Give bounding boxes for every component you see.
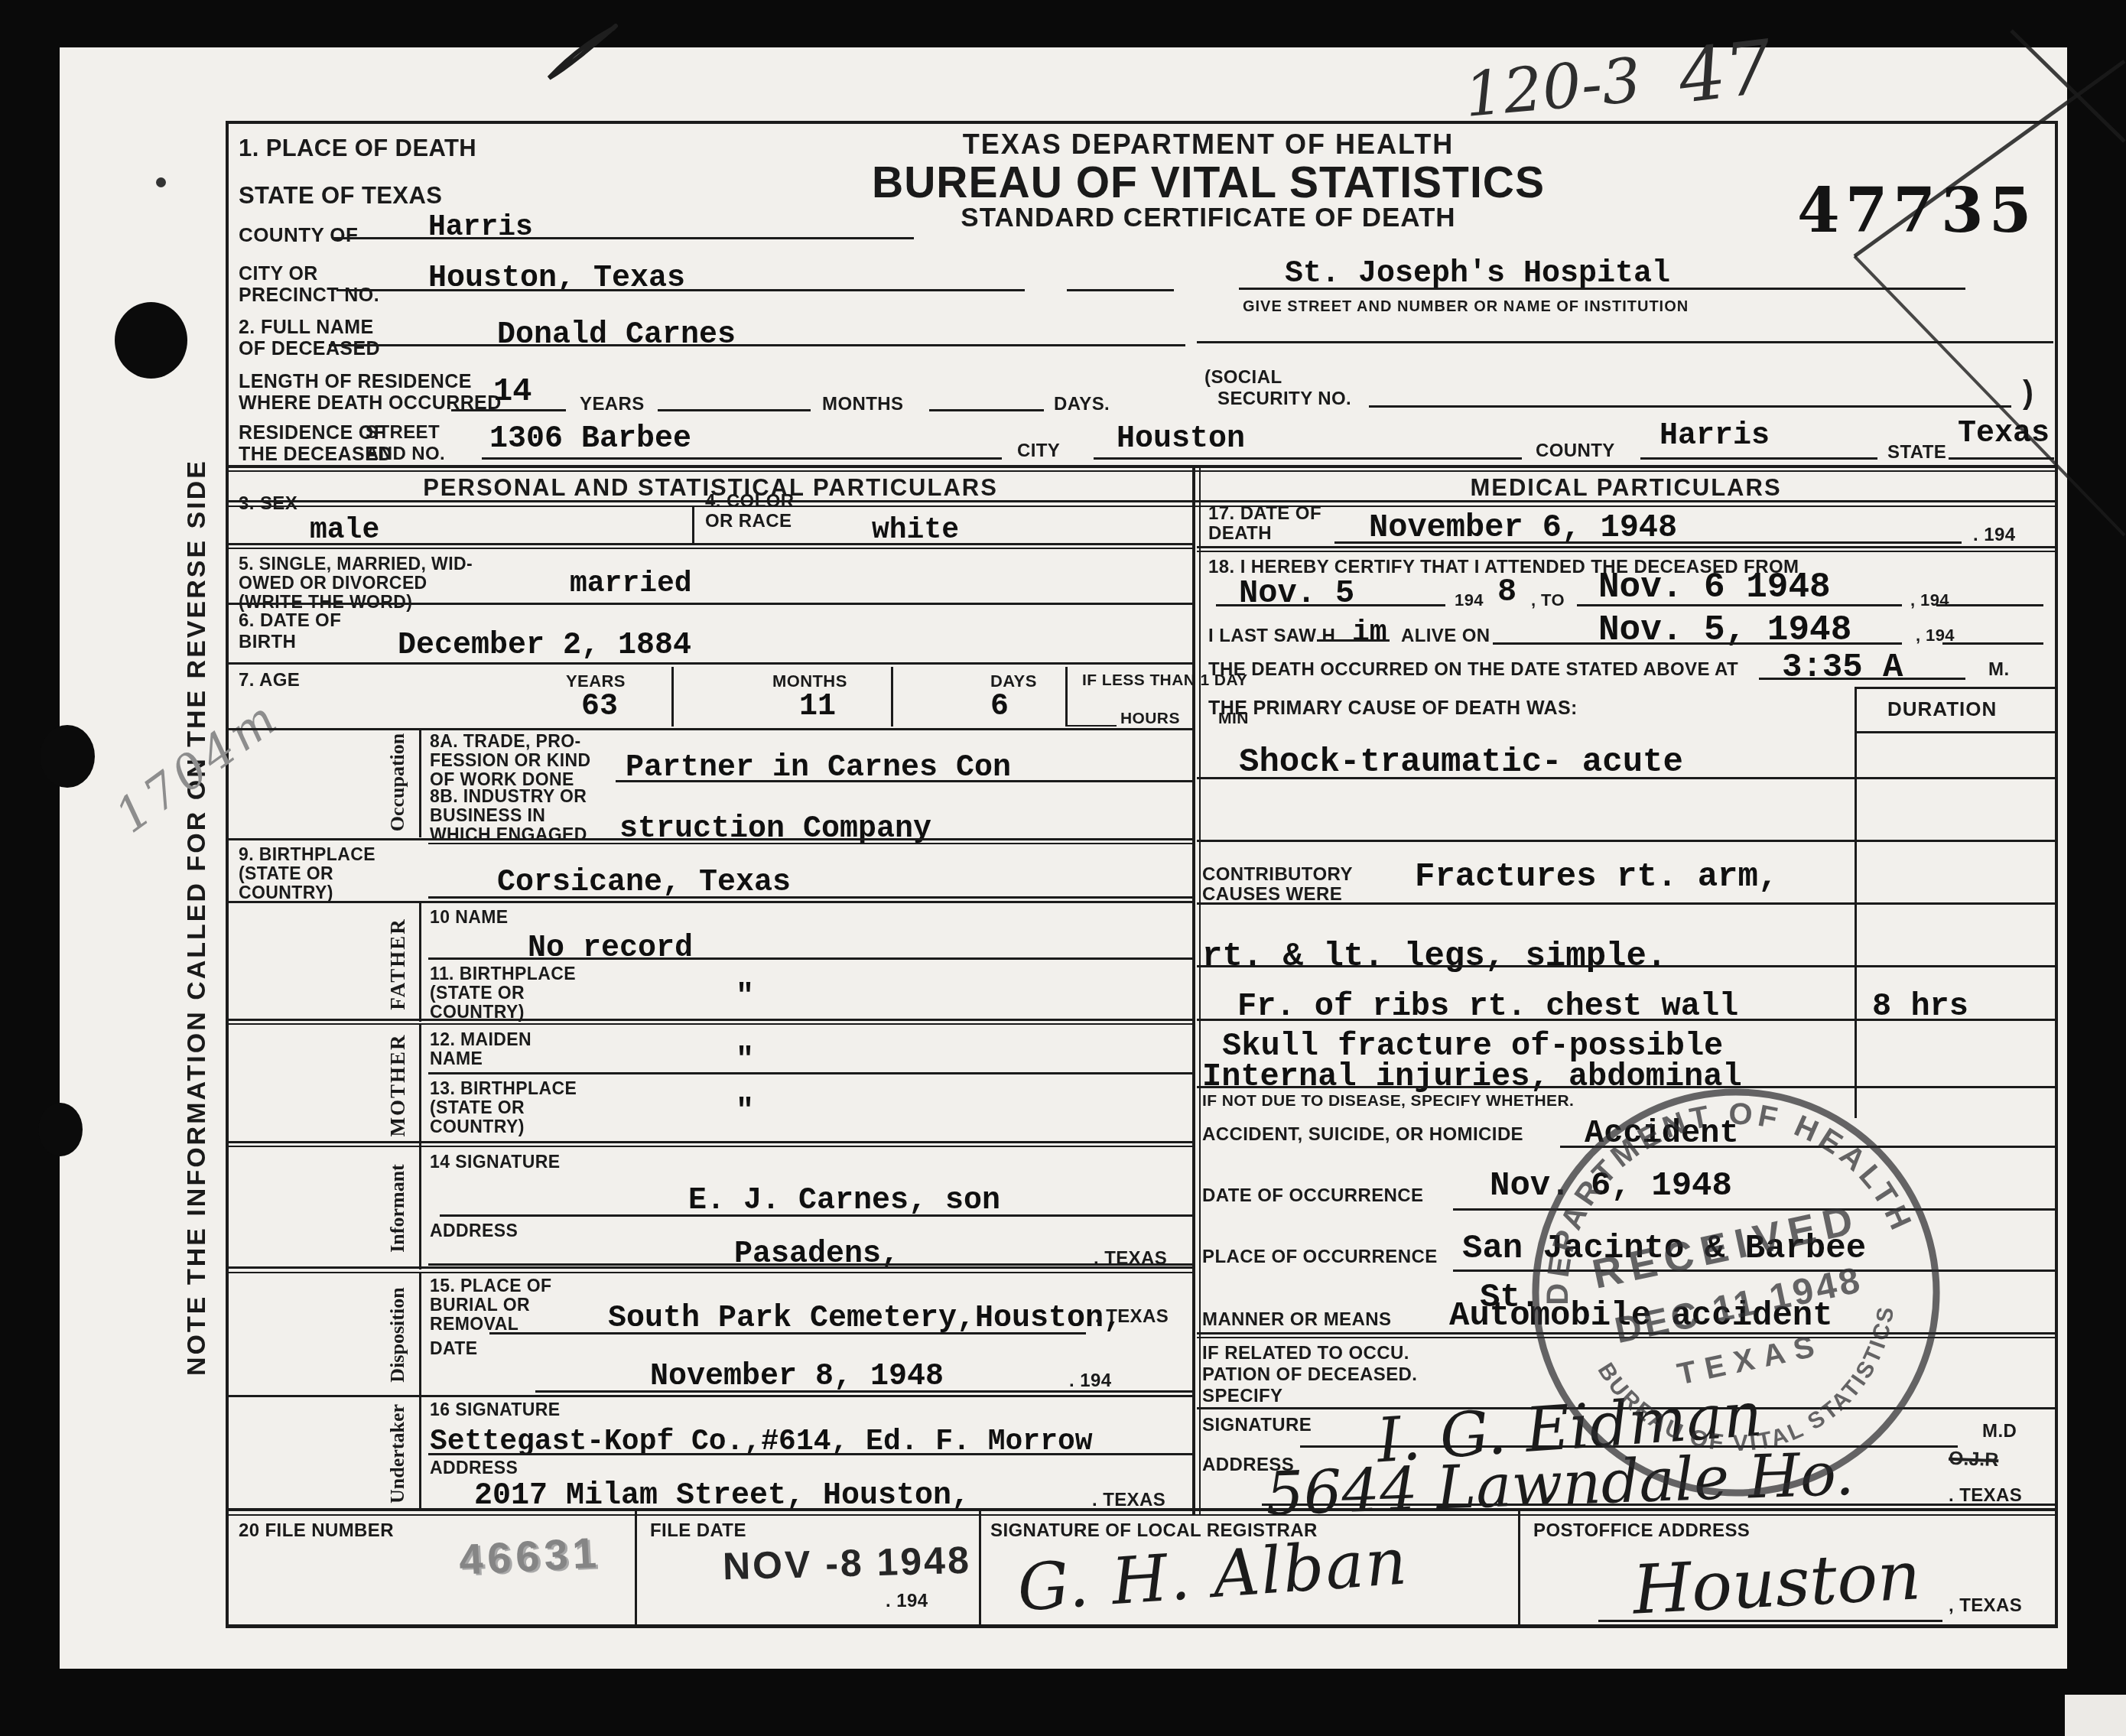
form-border-left — [226, 121, 229, 1628]
certify-from-year: 8 — [1497, 574, 1516, 610]
row-rule — [226, 1141, 1195, 1143]
cause-rule — [1197, 840, 1855, 842]
informant-addr-label: ADDRESS — [430, 1221, 518, 1241]
sex-value: male — [310, 514, 379, 547]
row-rule — [226, 1019, 1195, 1021]
res-city-label: CITY — [1017, 441, 1060, 462]
age-days-label: DAYS — [990, 671, 1037, 691]
contrib2-value: rt. & lt. legs, simple. — [1202, 938, 1666, 976]
birth-label1: 6. DATE OF — [239, 610, 341, 632]
section-rule — [226, 500, 2055, 502]
certify-line — [1216, 604, 1445, 606]
informant-addr-line — [428, 1263, 1193, 1266]
color-label2: OR RACE — [705, 511, 792, 532]
cause-rule — [1857, 1019, 2056, 1021]
reverse-side-note: NOTE THE INFORMATION CALLED FOR ON THE R… — [182, 250, 212, 1585]
age-label: 7. AGE — [239, 670, 300, 691]
burial-label1: 15. PLACE OF — [430, 1276, 551, 1296]
informant-signature: E. J. Carnes, son — [688, 1184, 1000, 1218]
birth-label2: BIRTH — [239, 632, 296, 653]
form-border-top — [226, 121, 2057, 124]
dod-label2: DEATH — [1208, 523, 1272, 545]
burial-label2: BURIAL OR — [430, 1295, 530, 1315]
trade-label2: FESSION OR KIND — [430, 750, 590, 771]
father-side-label: FATHER — [386, 905, 410, 1023]
burial-date-value: November 8, 1948 — [650, 1360, 944, 1394]
occurred-m: M. — [1988, 659, 2009, 681]
related-label2: PATION OF DECEASED. — [1202, 1364, 1417, 1386]
row-rule — [226, 603, 1195, 605]
sig14-label: 14 SIGNATURE — [430, 1152, 561, 1172]
row-rule — [226, 728, 1195, 730]
burial-state: . TEXAS — [1095, 1306, 1169, 1328]
certify-line — [1577, 604, 1902, 606]
form-border-bottom — [226, 1624, 2057, 1628]
group-divider — [419, 1147, 421, 1269]
burial-date-label: DATE — [430, 1338, 478, 1359]
cause-rule — [1197, 965, 1855, 967]
certify-to-label: , TO — [1531, 590, 1565, 610]
father-name-value: No record — [528, 931, 693, 966]
received-stamp: DEPARTMENT OF HEALTH RECEIVED DEC 11 194… — [1468, 1025, 2004, 1560]
certify-to: Nov. 6 1948 — [1598, 567, 1831, 607]
medical-header: MEDICAL PARTICULARS — [1197, 474, 2055, 502]
row-rule — [226, 901, 1195, 903]
sex-color-divider — [692, 506, 694, 544]
saw-label1: I LAST SAW H — [1208, 626, 1335, 647]
footer-divider — [635, 1511, 637, 1626]
marital-label1: 5. SINGLE, MARRIED, WID- — [239, 554, 473, 574]
related-label1: IF RELATED TO OCCU. — [1202, 1343, 1409, 1364]
saw-him: im — [1352, 616, 1387, 649]
duration-box-rule — [1855, 731, 2056, 733]
fullname-value: Donald Carnes — [497, 318, 736, 353]
father-name-line — [428, 957, 1193, 960]
father-bp-label2: (STATE OR — [430, 983, 525, 1003]
age-years-label: YEARS — [566, 671, 626, 691]
cause-rule — [1857, 777, 2056, 779]
row-rule — [226, 838, 1195, 840]
row-rule — [226, 1266, 1195, 1269]
birth-value: December 2, 1884 — [398, 629, 691, 663]
time-line — [1759, 678, 1965, 680]
birthplace-label1: 9. BIRTHPLACE — [239, 844, 375, 865]
res-state-value: Texas — [1958, 417, 2050, 451]
section-rule — [226, 506, 2055, 507]
column-divider — [1192, 465, 1195, 1514]
cause-rule — [1857, 965, 2056, 967]
occ-date-label: DATE OF OCCURRENCE — [1202, 1185, 1423, 1207]
saw-line — [1942, 642, 2043, 645]
maiden-label2: NAME — [430, 1048, 483, 1069]
industry-label1: 8B. INDUSTRY OR — [430, 786, 587, 807]
father-name-label: 10 NAME — [430, 907, 509, 928]
certify-line — [1936, 604, 2043, 606]
file-194: . 194 — [886, 1591, 928, 1612]
res-state-line — [1949, 457, 2054, 460]
row-rule — [1197, 551, 2055, 552]
column-divider-inner — [1199, 465, 1201, 1514]
institution-hint: GIVE STREET AND NUMBER OR NAME OF INSTIT… — [1243, 298, 1689, 317]
county-line — [333, 237, 914, 239]
group-divider — [419, 728, 421, 837]
res-city-line — [1094, 457, 1522, 460]
trade-line — [616, 780, 1193, 782]
street-line — [482, 457, 1002, 460]
residence-length-label2: WHERE DEATH OCCURRED — [239, 392, 502, 415]
saw-label2: ALIVE ON — [1401, 626, 1490, 647]
cause-rule — [1197, 902, 1855, 905]
marital-label2: OWED OR DIVORCED — [239, 573, 427, 593]
footer-divider — [979, 1511, 981, 1626]
dod-line — [1334, 541, 1962, 544]
res-county-value: Harris — [1660, 419, 1770, 454]
city-line — [336, 289, 1025, 291]
undertaker-sig-line — [428, 1453, 1193, 1455]
age-divider — [1065, 667, 1068, 727]
scanned-death-certificate: 120-3 47 NOTE THE INFORMATION CALLED FOR… — [0, 0, 2126, 1736]
color-value: white — [872, 514, 959, 547]
burial-value: South Park Cemetery,Houston, — [608, 1302, 1122, 1336]
duration-box-top — [1855, 687, 2056, 689]
po-line — [1598, 1620, 1942, 1622]
occurred-label: THE DEATH OCCURRED ON THE DATE STATED AB… — [1208, 659, 1738, 681]
industry-value: struction Company — [619, 812, 931, 847]
stamp-state: TEXAS — [1675, 1328, 1826, 1391]
saw-line — [1493, 642, 1902, 645]
mother-bp-label2: (STATE OR — [430, 1097, 525, 1118]
dod-value: November 6, 1948 — [1369, 509, 1677, 546]
trade-label1: 8A. TRADE, PRO- — [430, 731, 581, 752]
city-label2: PRECINCT NO. — [239, 284, 379, 307]
form-border-right — [2055, 121, 2058, 1628]
disposition-side-label: Disposition — [386, 1272, 409, 1398]
undertaker-side-label: Undertaker — [386, 1398, 409, 1510]
institution-line — [1239, 288, 1965, 290]
residence-length-label1: LENGTH OF RESIDENCE — [239, 371, 472, 394]
row-rule — [226, 1146, 1195, 1147]
certificate-number: 47735 — [1797, 174, 2037, 246]
dod-194: . 194 — [1973, 525, 2015, 546]
mother-bp-label1: 13. BIRTHPLACE — [430, 1078, 577, 1099]
informant-side-label: Informant — [386, 1147, 409, 1269]
occ-place-label: PLACE OF OCCURRENCE — [1202, 1247, 1438, 1268]
file-number-label: 20 FILE NUMBER — [239, 1520, 394, 1542]
burial-date-line — [535, 1390, 1193, 1393]
contrib1-value: Fractures rt. arm, — [1415, 858, 1778, 896]
birthplace-label2: (STATE OR — [239, 863, 333, 884]
cause-rule — [1857, 840, 2056, 842]
undertaker-addr-label: ADDRESS — [430, 1458, 518, 1478]
file-date-stamp: NOV -8 1948 — [722, 1538, 971, 1588]
age-divider — [671, 667, 674, 727]
age-days-value: 6 — [990, 690, 1009, 724]
county-of-label: COUNTY OF — [239, 223, 358, 247]
row-rule — [226, 1023, 1195, 1025]
row-rule — [226, 1395, 1195, 1397]
row-rule — [226, 548, 1195, 549]
edge-blot — [38, 1103, 83, 1156]
residence-years-value: 14 — [493, 373, 531, 410]
age-months-value: 11 — [799, 690, 836, 724]
years-line — [451, 409, 566, 411]
row-rule — [428, 843, 1193, 844]
row-rule — [226, 1272, 1195, 1273]
city-line-dash — [1067, 289, 1174, 291]
street-label1: STREET — [366, 422, 440, 444]
sig16-label: 16 SIGNATURE — [430, 1400, 561, 1420]
hours-line — [1067, 725, 1117, 727]
contrib-label1: CONTRIBUTORY — [1202, 864, 1353, 886]
ssn-label1: (SOCIAL — [1204, 367, 1282, 388]
manner-label: MANNER OR MEANS — [1202, 1309, 1391, 1331]
fullname-line-right — [1197, 341, 2053, 343]
physician-sig-label: SIGNATURE — [1202, 1415, 1312, 1436]
group-divider — [419, 1025, 421, 1146]
cause-rule — [1857, 902, 2056, 905]
fullname-label1: 2. FULL NAME — [239, 317, 374, 340]
mother-side-label: MOTHER — [386, 1025, 410, 1146]
state-of-texas: STATE OF TEXAS — [239, 182, 442, 210]
certificate-subtitle: STANDARD CERTIFICATE OF DEATH — [788, 202, 1629, 233]
section1-label: 1. PLACE OF DEATH — [239, 135, 476, 163]
institution-value: St. Joseph's Hospital — [1285, 257, 1670, 291]
ssn-close-paren: ) — [2023, 373, 2033, 411]
age-hours-label: HOURS — [1120, 710, 1180, 729]
days-line — [929, 409, 1044, 411]
film-corner-patch — [2065, 1695, 2126, 1736]
res-city-value: Houston — [1117, 422, 1245, 457]
res-state-label: STATE — [1887, 442, 1946, 463]
maiden-label1: 12. MAIDEN — [430, 1029, 531, 1050]
burial-194: . 194 — [1069, 1370, 1111, 1392]
death-time: 3:35 A — [1782, 649, 1903, 687]
fullname-line — [329, 344, 1185, 346]
occupation-side-label: Occupation — [386, 730, 409, 835]
group-divider — [419, 1273, 421, 1396]
group-divider — [419, 1397, 421, 1510]
punch-hole — [115, 302, 187, 379]
file-date-label: FILE DATE — [650, 1520, 746, 1542]
marital-value: married — [570, 567, 692, 600]
section-rule — [226, 465, 2055, 468]
city-label: CITY OR — [239, 263, 318, 286]
residence-of-label1: RESIDENCE OF — [239, 422, 385, 445]
burial-line — [489, 1332, 1086, 1335]
saw-line — [1317, 639, 1390, 642]
father-bp-ditto: ″ — [736, 980, 754, 1015]
row-rule — [226, 662, 1195, 665]
dept-title: TEXAS DEPARTMENT OF HEALTH — [788, 128, 1629, 161]
months-label: MONTHS — [822, 394, 903, 415]
maiden-line — [428, 1072, 1193, 1074]
years-label: YEARS — [580, 394, 645, 415]
group-divider — [419, 901, 421, 1022]
row-rule — [226, 543, 1195, 545]
related-label3: SPECIFY — [1202, 1386, 1283, 1407]
father-bp-label1: 11. BIRTHPLACE — [430, 964, 576, 984]
section-rule — [226, 470, 2055, 472]
primary-cause-value: Shock-traumatic- acute — [1239, 743, 1683, 782]
duration-label: DURATION — [1887, 697, 1997, 721]
certify-from-194: 194 — [1455, 590, 1484, 610]
industry-label2: BUSINESS IN — [430, 805, 545, 826]
postoffice-value: Houston — [1631, 1536, 1923, 1630]
res-county-line — [1640, 457, 1877, 460]
ssn-label2: SECURITY NO. — [1217, 388, 1351, 410]
days-label: DAYS. — [1054, 394, 1110, 415]
fullname-label2: OF DECEASED — [239, 338, 380, 361]
edge-blot — [40, 725, 95, 788]
cause-rule — [1197, 777, 1855, 779]
res-county-label: COUNTY — [1536, 441, 1615, 462]
age-divider — [891, 667, 893, 727]
certify-to-194: , 194 — [1910, 590, 1949, 610]
handwritten-code-right: 47 — [1674, 24, 1777, 120]
primary-cause-label: THE PRIMARY CAUSE OF DEATH WAS: — [1208, 697, 1578, 720]
birthplace-line — [428, 896, 1193, 899]
color-label1: 4. COLOR — [705, 491, 795, 512]
street-value: 1306 Barbee — [489, 422, 691, 457]
cause-rule — [1197, 1019, 1855, 1021]
informant-sig-line — [440, 1214, 1193, 1217]
birthplace-value: Corsicane, Texas — [497, 866, 791, 900]
row-rule — [1197, 546, 2055, 548]
months-line — [658, 409, 811, 411]
age-years-value: 63 — [581, 690, 618, 724]
mother-bp-ditto: ″ — [736, 1095, 754, 1130]
age-months-label: MONTHS — [772, 671, 847, 691]
footer-divider — [1518, 1511, 1520, 1626]
dod-label1: 17. DATE OF — [1208, 503, 1321, 525]
sex-label: 3. SEX — [239, 493, 297, 515]
file-number-stamp: 46631 — [457, 1527, 602, 1585]
mother-bp-label3: COUNTRY) — [430, 1117, 525, 1137]
row-rule — [226, 1514, 2055, 1516]
ink-speck — [156, 177, 166, 187]
postoffice-state: , TEXAS — [1949, 1595, 2022, 1617]
street-label2: AND NO. — [366, 444, 445, 465]
ssn-line — [1369, 405, 2011, 408]
check-mark — [505, 17, 627, 89]
